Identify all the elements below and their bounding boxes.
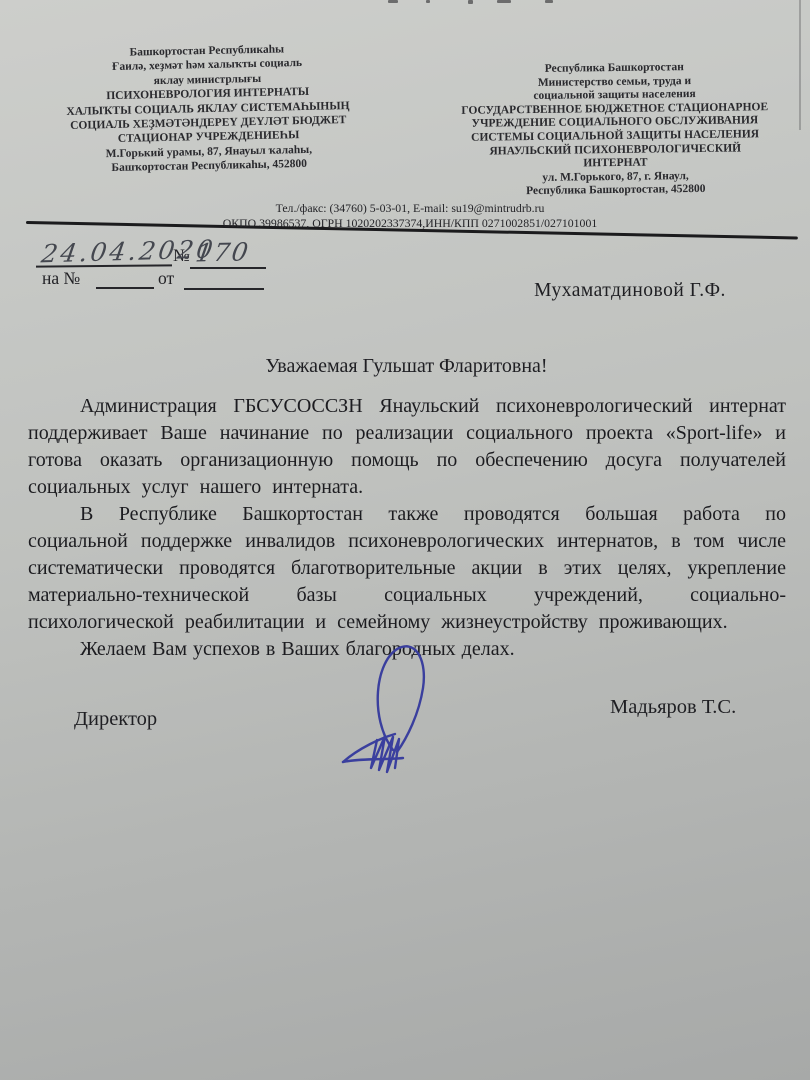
reply-ref-from: от — [158, 268, 174, 289]
paper-edge-shadow — [799, 0, 801, 130]
letter-body: Администрация ГБСУСОССЗН Янаульский псих… — [28, 393, 786, 663]
reply-number-underline — [96, 287, 154, 289]
addressee: Мухаматдиновой Г.Ф. — [505, 280, 755, 302]
scan-artifact — [497, 0, 511, 3]
letterhead-right: Республика Башкортостан Министерство сем… — [431, 60, 799, 200]
scan-artifact — [545, 0, 553, 3]
reply-ref-prefix: на № — [42, 268, 80, 289]
salutation: Уважаемая Гульшат Фларитовна! — [28, 355, 785, 378]
signature-ink — [333, 640, 473, 780]
body-paragraph: В Республике Башкортостан также проводят… — [28, 501, 786, 636]
contact-registration-line: ОКПО 39986537, ОГРН 1020202337374,ИНН/КП… — [85, 216, 735, 231]
reply-date-underline — [184, 288, 264, 290]
scan-artifact — [468, 0, 473, 4]
scanned-letter-page: Башкортостан Республикаһы Ғаилә, хеҙмәт … — [0, 0, 810, 1080]
body-paragraph: Администрация ГБСУСОССЗН Янаульский псих… — [28, 393, 786, 501]
handwritten-doc-number: 170 — [194, 237, 252, 267]
signer-title: Директор — [74, 708, 157, 731]
contact-block: Тел./факс: (34760) 5-03-01, E-mail: su19… — [85, 201, 735, 230]
handwritten-date: 24.04.2020 — [39, 235, 217, 269]
contact-phone-line: Тел./факс: (34760) 5-03-01, E-mail: su19… — [85, 201, 735, 216]
signer-name: Мадьяров Т.С. — [610, 696, 736, 719]
letterhead-left: Башкортостан Республикаһы Ғаилә, хеҙмәт … — [47, 41, 370, 177]
scan-artifact — [426, 0, 430, 3]
scan-artifact — [388, 0, 398, 3]
